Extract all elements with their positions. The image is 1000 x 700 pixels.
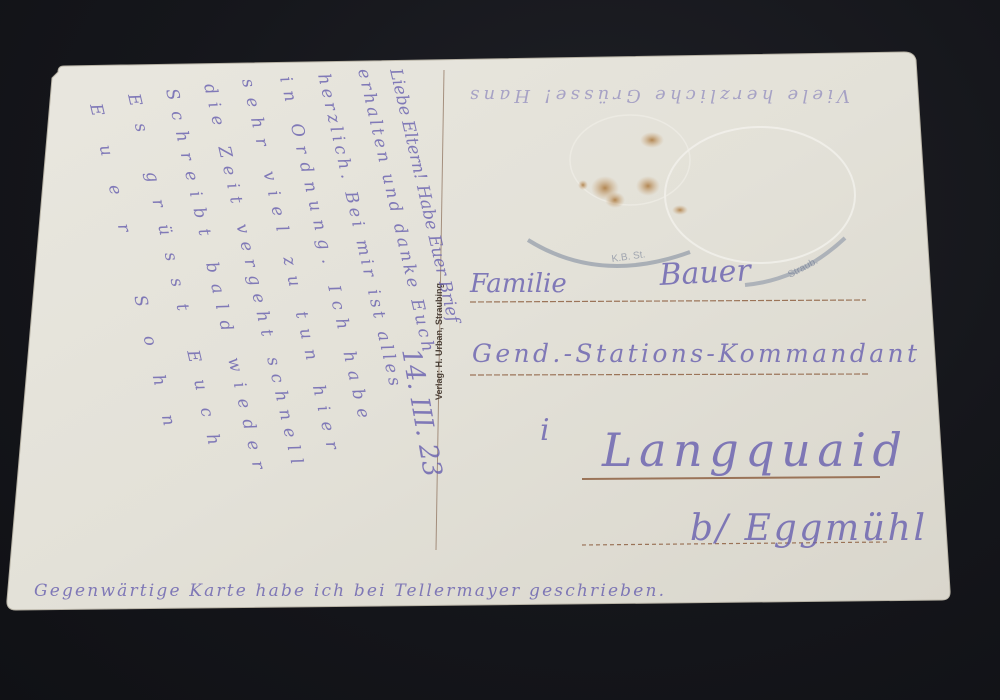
address-line3-prefix: i [540,413,550,448]
postcard: K.B. St. Straub. Verlag: H. Urban, Strau… [0,0,1000,700]
top-upside-down-note: Viele herzliche Grüsse! Hans [470,85,850,106]
address-line1-prefix: Familie [469,269,567,299]
bottom-line: Gegenwärtige Karte habe ich bei Tellerma… [34,581,664,601]
address-line1-name: Bauer [658,253,754,293]
address-line2: Gend.-Stations-Kommandant [472,339,918,368]
address-line4: b/ Eggmühl [690,508,925,549]
photo-scene: K.B. St. Straub. Verlag: H. Urban, Strau… [0,0,1000,700]
address-line3-place: Langquaid [601,423,902,477]
